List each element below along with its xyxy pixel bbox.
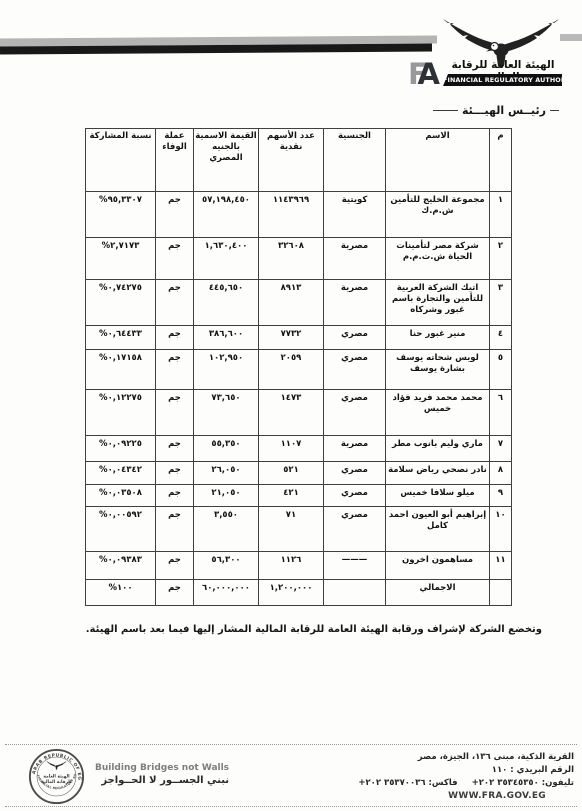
shareholders-table-body: ١مجموعة الخليج للتأمين ش.م.ككويتية١١٤٣٩٦…: [86, 192, 512, 606]
fra-seal: ARAB REPUBLIC OF EGYPT FINANCIAL REGULAT…: [28, 748, 85, 805]
cell-nominal-value: ٣٨٦,٦٠٠: [194, 326, 259, 350]
cell-nationality: ———: [324, 552, 386, 580]
cell-currency: جم: [156, 192, 194, 238]
cell-currency: جم: [156, 238, 194, 280]
cell-shares: ٤٢١: [259, 485, 324, 507]
cell-currency: جم: [156, 485, 194, 507]
col-header-name: الاسم: [386, 129, 490, 192]
cell-nominal-value: ٧٣,٦٥٠: [194, 390, 259, 436]
cell-currency: جم: [156, 552, 194, 580]
col-header-participation: نسبة المشاركة: [86, 129, 156, 192]
cell-nominal-value: ٥٦,٣٠٠: [194, 552, 259, 580]
website-url: WWW.FRA.GOV.EG: [314, 790, 574, 803]
cell-currency: جم: [156, 580, 194, 606]
fra-logo-a: A: [417, 57, 432, 91]
cell-name: ماري وليم بانوب مطر: [386, 436, 490, 462]
header-black-bar: [0, 43, 432, 54]
address-line: القرية الذكية، مبنى ١٣٦، الجيزة، مصر: [314, 751, 574, 764]
motto-block: Building Bridges not Walls نبني الجســور…: [95, 763, 229, 786]
cell-participation: ٩٥,٣٣٠٧%: [86, 192, 156, 238]
cell-participation: ٠,٧٤٢٧٥%: [86, 280, 156, 326]
cell-serial: ٢: [490, 238, 512, 280]
cell-nationality: كويتية: [324, 192, 386, 238]
cell-participation: ٠,٠٤٣٤٢%: [86, 462, 156, 485]
authority-name-english: FINANCIAL REGULATORY AUTHORITY: [443, 74, 562, 86]
col-header-shares: عدد الأسهم نقدية: [259, 129, 324, 192]
cell-nationality: مصري: [324, 462, 386, 485]
cell-serial: ١١: [490, 552, 512, 580]
table-row: ١٠إبراهيم أبو العيون احمد كاملمصري٧١٣,٥٥…: [86, 507, 512, 552]
cell-shares: ١١٢٦: [259, 552, 324, 580]
cell-participation: ٠,١٧١٥٨%: [86, 350, 156, 390]
table-row: ٤منير غبور حنامصري٧٧٣٢٣٨٦,٦٠٠جم٠,٦٤٤٣٣%: [86, 326, 512, 350]
table-row: ٦محمد محمد فريد فؤاد خميسمصري١٤٧٣٧٣,٦٥٠ج…: [86, 390, 512, 436]
address-block: القرية الذكية، مبنى ١٣٦، الجيزة، مصر الر…: [314, 751, 574, 803]
table-row: ٢شركة مصر لتأمينات الحياة ش.ت.م.ممصرية٣٢…: [86, 238, 512, 280]
motto-arabic: نبني الجســور لا الحــواجز: [95, 775, 229, 786]
seal-eagle-icon: [45, 761, 67, 770]
cell-currency: جم: [156, 436, 194, 462]
footer-bottom-rule: [5, 806, 577, 807]
cell-shares: ٧٧٣٢: [259, 326, 324, 350]
cell-name: منير غبور حنا: [386, 326, 490, 350]
cell-nominal-value: ٥٥,٣٥٠: [194, 436, 259, 462]
col-header-serial: م: [490, 129, 512, 192]
shareholders-table: م الاسم الجنسية عدد الأسهم نقدية القيمة …: [85, 128, 512, 606]
cell-nationality: مصري: [324, 390, 386, 436]
cell-participation: ١٠٠%: [86, 580, 156, 606]
cell-participation: ٠,٠٣٥٠٨%: [86, 485, 156, 507]
cell-shares: ٥٢١: [259, 462, 324, 485]
phone-number: تليفون: ٣٥٣٤٥٣٥٠ ٢٠٢+: [472, 777, 574, 790]
cell-nationality: مصرية: [324, 280, 386, 326]
cell-nationality: مصري: [324, 326, 386, 350]
cell-currency: جم: [156, 507, 194, 552]
cell-name: محمد محمد فريد فؤاد خميس: [386, 390, 490, 436]
shareholders-table-container: م الاسم الجنسية عدد الأسهم نقدية القيمة …: [85, 128, 512, 606]
cell-name: نادر نصحي رياض سلامة: [386, 462, 490, 485]
cell-participation: ٠,٦٤٤٣٣%: [86, 326, 156, 350]
cell-serial: ٥: [490, 350, 512, 390]
table-row: ٧ماري وليم بانوب مطرمصرية١١٠٧٥٥,٣٥٠جم٠,٠…: [86, 436, 512, 462]
cell-shares: ٣٢٦٠٨: [259, 238, 324, 280]
seal-center-line2: للرقابة المالية: [41, 780, 72, 785]
cell-nationality: مصرية: [324, 238, 386, 280]
seal-center-line1: الهيئة العامة: [43, 774, 70, 779]
cell-participation: ٠,٠٩٣٨٣%: [86, 552, 156, 580]
cell-participation: ٢,٧١٧٣%: [86, 238, 156, 280]
chairman-dash-right: [550, 110, 559, 111]
cell-nationality: [324, 580, 386, 606]
scanned-document-page: FA الهيئة العامة للرقابة المالية FINANCI…: [0, 0, 582, 811]
cell-nationality: مصري: [324, 485, 386, 507]
cell-serial: ٣: [490, 280, 512, 326]
col-header-nationality: الجنسية: [324, 129, 386, 192]
cell-nominal-value: ١٠٢,٩٥٠: [194, 350, 259, 390]
phone-fax-line: تليفون: ٣٥٣٤٥٣٥٠ ٢٠٢+ فاكس: ٣٥٣٧٠٠٣٦ ٢٠٢…: [314, 777, 574, 790]
cell-name: لويس شحاته يوسف بشارة يوسف: [386, 350, 490, 390]
table-row: ١١مساهمون اخرون———١١٢٦٥٦,٣٠٠جم٠,٠٩٣٨٣%: [86, 552, 512, 580]
cell-name: مساهمون اخرون: [386, 552, 490, 580]
cell-shares: ٧١: [259, 507, 324, 552]
cell-serial: ١٠: [490, 507, 512, 552]
cell-shares: ١,٢٠٠,٠٠٠: [259, 580, 324, 606]
cell-serial: ٤: [490, 326, 512, 350]
cell-serial: ٧: [490, 436, 512, 462]
cell-participation: ٠,١٢٢٧٥%: [86, 390, 156, 436]
table-row: ٣اتيك الشركة العربية للتأمين والتجارة با…: [86, 280, 512, 326]
cell-serial: ٦: [490, 390, 512, 436]
supervision-note: وتخضع الشركة لإشراف ورقابة الهيئة العامة…: [37, 624, 542, 635]
col-header-currency: عملة الوفاء: [156, 129, 194, 192]
cell-shares: ١١٤٣٩٦٩: [259, 192, 324, 238]
cell-nationality: مصري: [324, 507, 386, 552]
col-header-nominal-value: القيمة الاسمية بالجنيه المصري: [194, 129, 259, 192]
fax-number: فاكس: ٣٥٣٧٠٠٣٦ ٢٠٢+: [358, 777, 457, 790]
cell-currency: جم: [156, 326, 194, 350]
cell-participation: ٠,٠٠٥٩٢%: [86, 507, 156, 552]
cell-serial: ٨: [490, 462, 512, 485]
cell-name: ميلو سلافا خميس: [386, 485, 490, 507]
cell-name: مجموعة الخليج للتأمين ش.م.ك: [386, 192, 490, 238]
chairman-dash-left: [433, 110, 458, 111]
cell-name: إبراهيم أبو العيون احمد كامل: [386, 507, 490, 552]
cell-nominal-value: ٦٠,٠٠٠,٠٠٠: [194, 580, 259, 606]
cell-nominal-value: ٣,٥٥٠: [194, 507, 259, 552]
cell-shares: ١٤٧٣: [259, 390, 324, 436]
postal-code-line: الرقم البريدي : ١١٠: [314, 764, 574, 777]
cell-shares: ١١٠٧: [259, 436, 324, 462]
cell-name: الاجمالي: [386, 580, 490, 606]
cell-name: شركة مصر لتأمينات الحياة ش.ت.م.م: [386, 238, 490, 280]
cell-shares: ٢٠٥٩: [259, 350, 324, 390]
cell-serial: ٩: [490, 485, 512, 507]
chairman-title: رئيــس الهيـــئة: [462, 104, 546, 117]
cell-currency: جم: [156, 390, 194, 436]
cell-nominal-value: ٢٦,٠٥٠: [194, 462, 259, 485]
cell-serial: ١: [490, 192, 512, 238]
cell-nominal-value: ٤٤٥,٦٥٠: [194, 280, 259, 326]
cell-nationality: مصرية: [324, 436, 386, 462]
cell-nominal-value: ١,٦٣٠,٤٠٠: [194, 238, 259, 280]
table-row: ١مجموعة الخليج للتأمين ش.م.ككويتية١١٤٣٩٦…: [86, 192, 512, 238]
cell-nationality: مصري: [324, 350, 386, 390]
cell-currency: جم: [156, 280, 194, 326]
table-header-row: م الاسم الجنسية عدد الأسهم نقدية القيمة …: [86, 129, 512, 192]
chairman-title-line: رئيــس الهيـــئة: [433, 104, 559, 117]
cell-serial: [490, 580, 512, 606]
table-total-row: الاجمالي١,٢٠٠,٠٠٠٦٠,٠٠٠,٠٠٠جم١٠٠%: [86, 580, 512, 606]
cell-nominal-value: ٥٧,١٩٨,٤٥٠: [194, 192, 259, 238]
footer-top-rule: [5, 744, 577, 745]
cell-currency: جم: [156, 350, 194, 390]
cell-nominal-value: ٢١,٠٥٠: [194, 485, 259, 507]
table-row: ٩ميلو سلافا خميسمصري٤٢١٢١,٠٥٠جم٠,٠٣٥٠٨%: [86, 485, 512, 507]
fra-logo: FA: [408, 60, 448, 90]
motto-english: Building Bridges not Walls: [95, 763, 229, 773]
table-row: ٥لويس شحاته يوسف بشارة يوسفمصري٢٠٥٩١٠٢,٩…: [86, 350, 512, 390]
cell-currency: جم: [156, 462, 194, 485]
cell-participation: ٠,٠٩٢٢٥%: [86, 436, 156, 462]
cell-name: اتيك الشركة العربية للتأمين والتجارة باس…: [386, 280, 490, 326]
header-gray-stub: [560, 34, 582, 41]
cell-shares: ٨٩١٣: [259, 280, 324, 326]
table-row: ٨نادر نصحي رياض سلامةمصري٥٢١٢٦,٠٥٠جم٠,٠٤…: [86, 462, 512, 485]
